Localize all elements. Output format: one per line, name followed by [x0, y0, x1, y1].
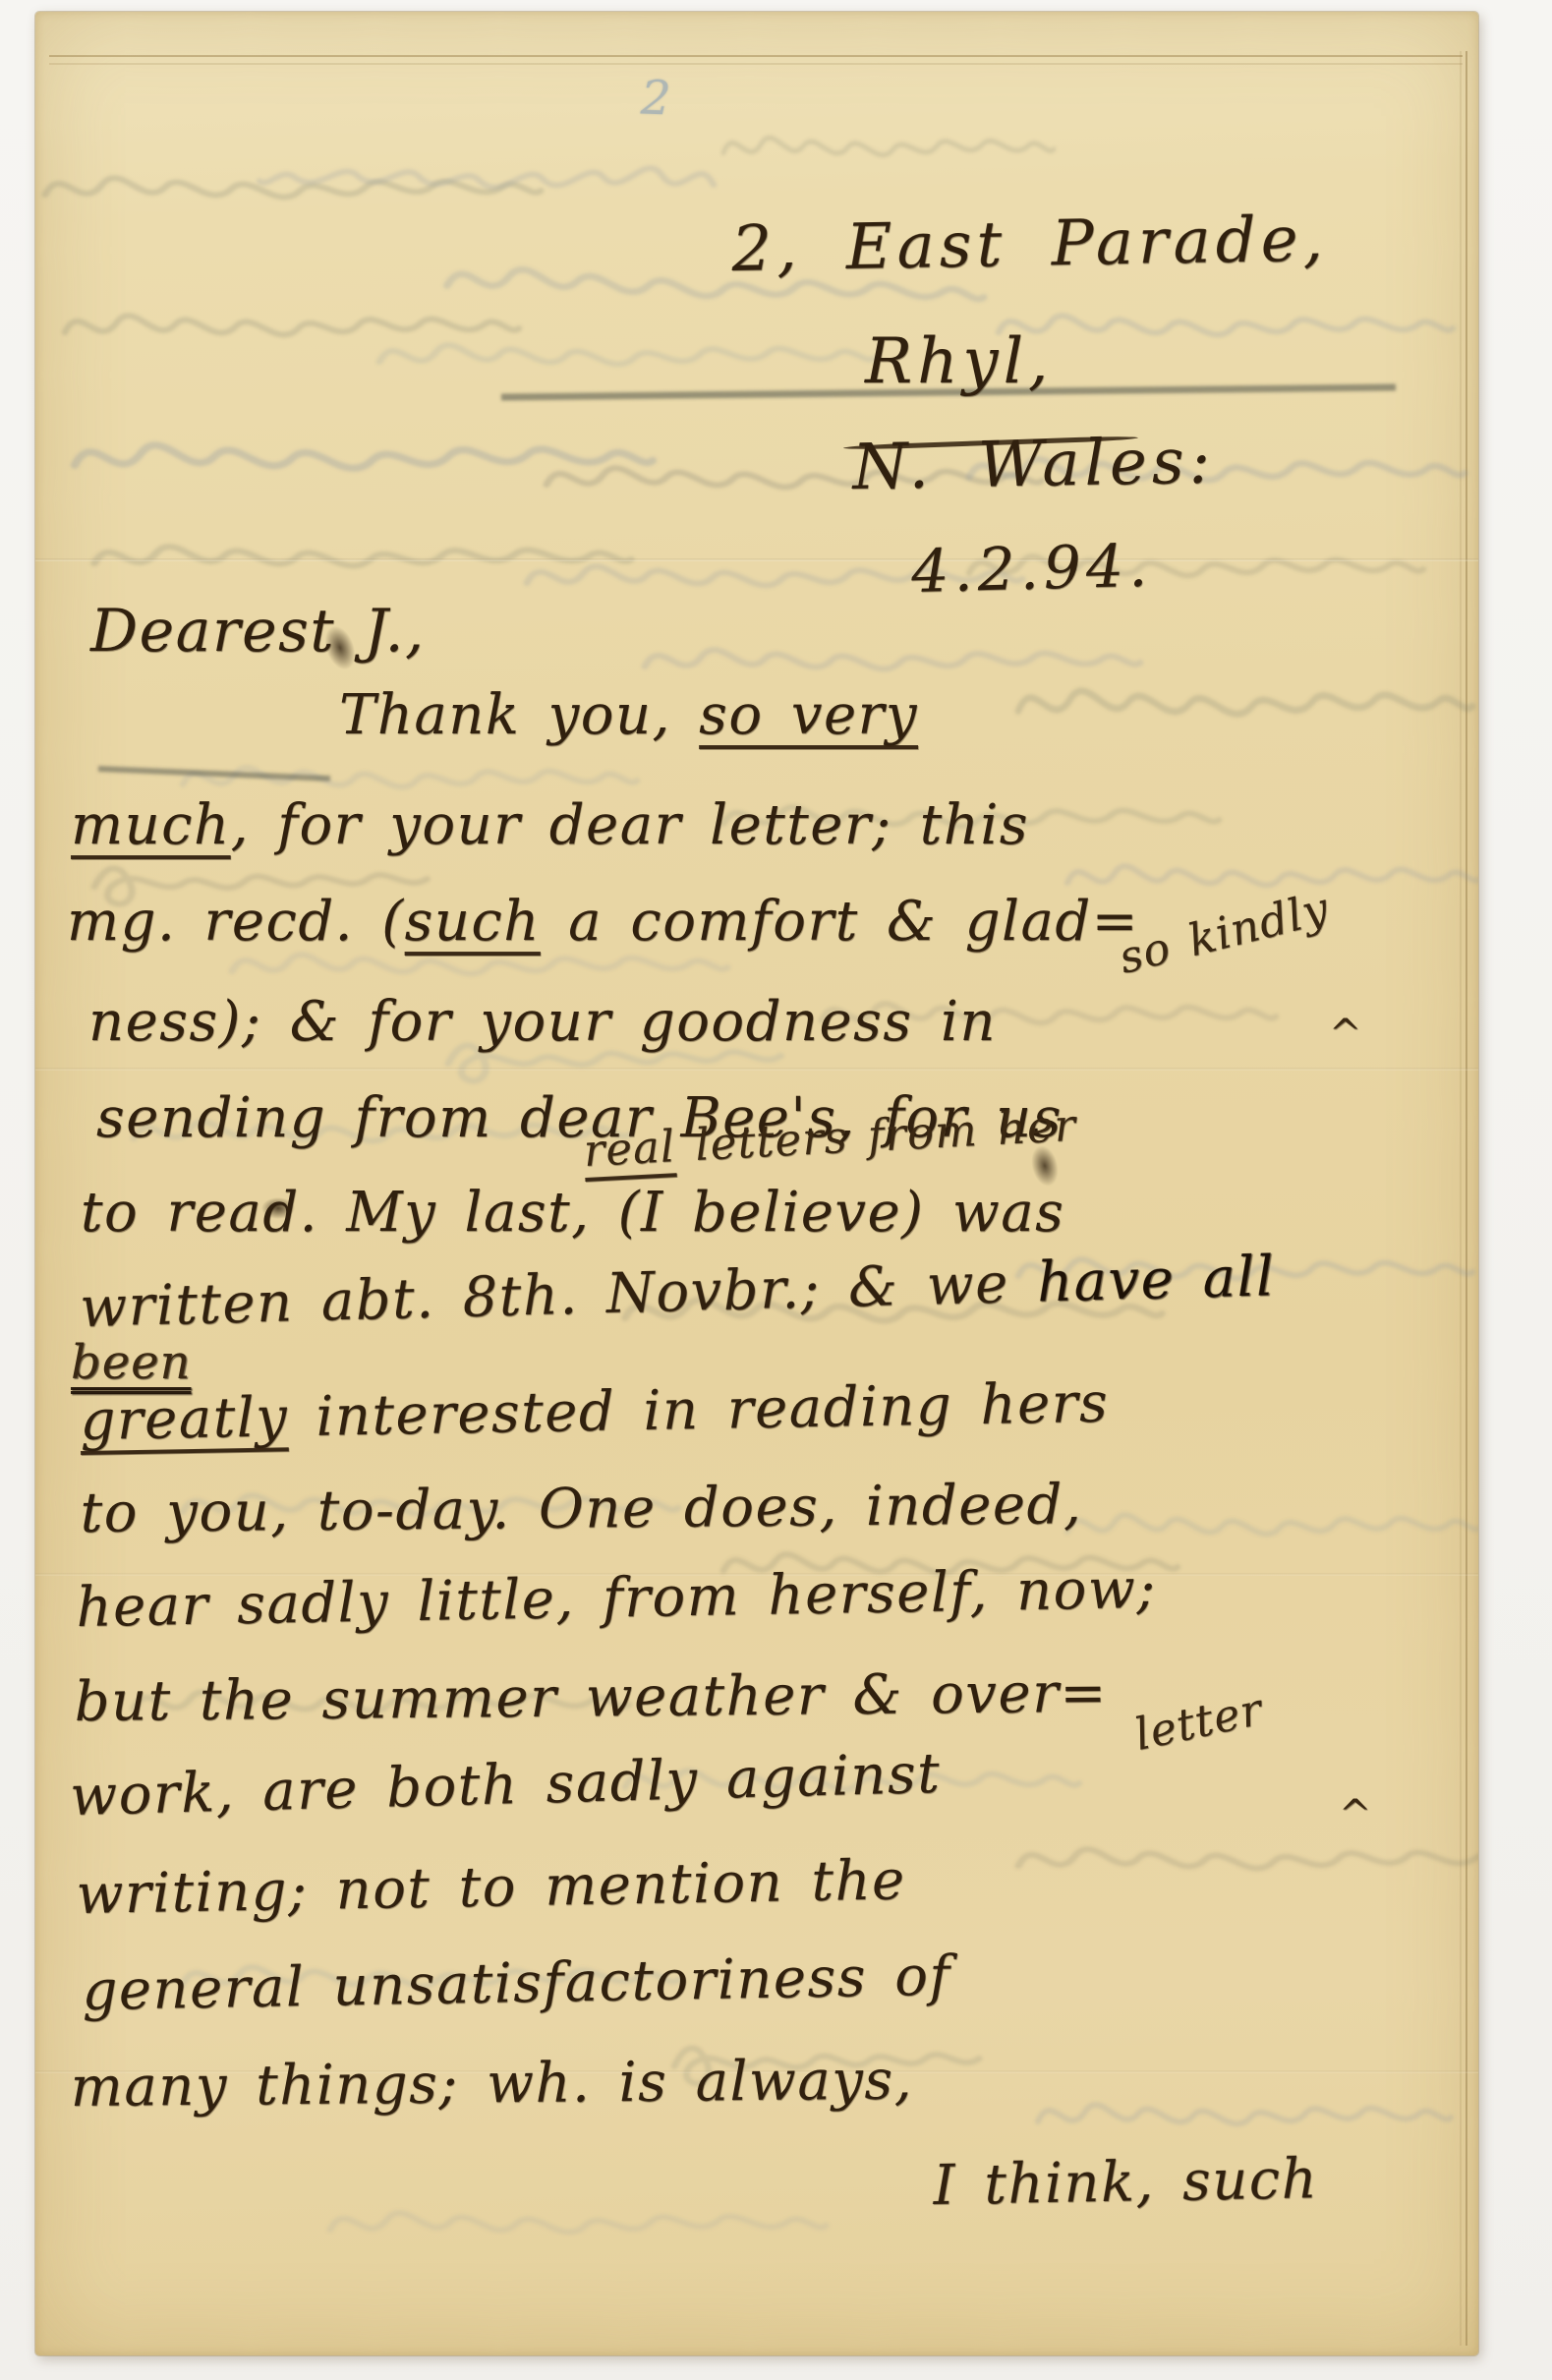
underlined-words: real — [582, 1120, 676, 1177]
caret-mark: ^ — [1329, 1015, 1363, 1054]
fold-crease — [35, 558, 1478, 561]
body-line-13: writing; not to mention the — [76, 1853, 906, 1923]
underlined-words: such — [405, 890, 541, 954]
body-line-3: mg. recd. (such a comfort & glad= — [67, 895, 1139, 950]
body-line-11: but the summer weather & over= — [75, 1666, 1108, 1730]
body-text: but the summer weather & over= — [74, 1661, 1108, 1734]
insertion-been: been — [71, 1339, 191, 1386]
address-line-3: N. Wales: — [852, 431, 1216, 499]
scanned-letter-page: 2 2, East Parade, Rhyl, N. Wales: 4.2.94… — [0, 0, 1552, 2380]
underlined-words: much — [71, 793, 231, 857]
fold-crease — [35, 1068, 1478, 1071]
body-line-15: many things; wh. is always, — [71, 2054, 914, 2116]
body-text: , for your dear letter; this — [231, 793, 1029, 857]
body-text: I think, such — [933, 2147, 1319, 2218]
overwritten-words: have all — [1036, 1245, 1276, 1314]
body-text: many things; wh. is always, — [70, 2049, 913, 2119]
underlined-words: greatly — [80, 1385, 289, 1453]
body-text: mg. recd. ( — [67, 890, 405, 954]
body-text: a comfort & glad= — [541, 890, 1139, 954]
pencil-page-number: 2 — [640, 70, 671, 126]
body-text: Thank you, — [339, 683, 699, 747]
body-line-9: to you, to-day. One does, indeed, — [81, 1478, 1083, 1541]
body-line-16: I think, such — [933, 2152, 1319, 2214]
body-text: ness); & for your goodness in — [88, 990, 997, 1054]
body-text: to you, to-day. One does, indeed, — [80, 1473, 1082, 1545]
body-line-2: much, for your dear letter; this — [71, 798, 1029, 853]
body-line-6: to read. My last, (I believe) was — [81, 1186, 1064, 1241]
date-line: 4.2.94. — [910, 537, 1152, 602]
address-line-2: Rhyl, — [865, 330, 1053, 393]
address-line-1: 2, East Parade, — [731, 207, 1328, 281]
body-line-1: Thank you, so very — [339, 688, 918, 743]
caret-mark: ^ — [1339, 1795, 1373, 1834]
body-line-14: general unsatisfactoriness of — [82, 1949, 951, 2019]
salutation: Dearest J., — [90, 602, 426, 661]
body-line-4: ness); & for your goodness in — [88, 995, 997, 1050]
underlined-words: so very — [699, 683, 918, 747]
body-text: to read. My last, (I believe) was — [81, 1181, 1064, 1245]
